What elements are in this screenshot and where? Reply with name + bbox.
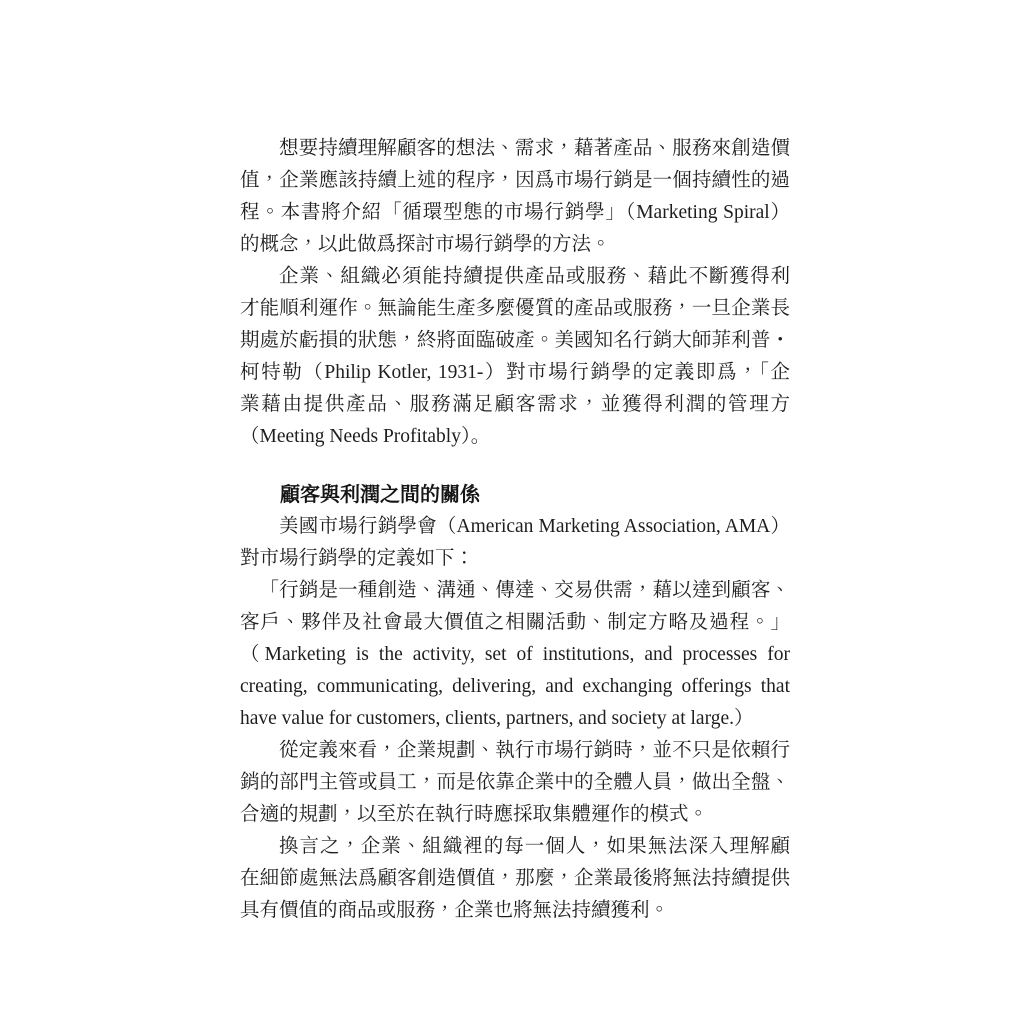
text-line: （Meeting Needs Profitably）。 (240, 421, 790, 453)
text-line: 對市場行銷學的定義如下： (240, 543, 790, 575)
paragraph: 想要持續理解顧客的想法、需求，藉著產品、服務來創造價 值，企業應該持續上述的程序… (240, 133, 790, 261)
section-heading: 顧客與利潤之間的關係 (240, 479, 790, 511)
text-line: 從定義來看，企業規劃、執行市場行銷時，並不只是依賴行 (240, 735, 790, 767)
paragraph: 從定義來看，企業規劃、執行市場行銷時，並不只是依賴行 銷的部門主管或員工，而是依… (240, 735, 790, 831)
text-line: 企業、組織必須能持續提供產品或服務、藉此不斷獲得利潤， (240, 261, 790, 293)
text-line: 柯特勒（Philip Kotler, 1931-）對市場行銷學的定義即爲，「企 (240, 357, 790, 389)
text-line: 業藉由提供產品、服務滿足顧客需求，並獲得利潤的管理方法。」 (240, 389, 790, 421)
text-line: 值，企業應該持續上述的程序，因爲市場行銷是一個持續性的過 (240, 165, 790, 197)
text-line: 銷的部門主管或員工，而是依靠企業中的全體人員，做出全盤、 (240, 767, 790, 799)
text-line: 客戶、夥伴及社會最大價值之相關活動、制定方略及過程。」 (240, 607, 790, 639)
text-line: 想要持續理解顧客的想法、需求，藉著產品、服務來創造價 (240, 133, 790, 165)
text-line: 程。本書將介紹「循環型態的市場行銷學」（Marketing Spiral） (240, 197, 790, 229)
text-line: 美國市場行銷學會（American Marketing Association,… (240, 511, 790, 543)
text-line: 的概念，以此做爲探討市場行銷學的方法。 (240, 229, 790, 261)
text-line: 換言之，企業、組織裡的每一個人，如果無法深入理解顧客、 (240, 831, 790, 863)
text-line: have value for customers, clients, partn… (240, 703, 790, 735)
text-line: 合適的規劃，以至於在執行時應採取集體運作的模式。 (240, 799, 790, 831)
paragraph: 「行銷是一種創造、溝通、傳達、交易供需，藉以達到顧客、 客戶、夥伴及社會最大價值… (240, 575, 790, 735)
paragraph: 企業、組織必須能持續提供產品或服務、藉此不斷獲得利潤， 才能順利運作。無論能生產… (240, 261, 790, 453)
paragraph: 美國市場行銷學會（American Marketing Association,… (240, 511, 790, 575)
text-line: 才能順利運作。無論能生產多麼優質的產品或服務，一旦企業長 (240, 293, 790, 325)
text-line: creating, communicating, delivering, and… (240, 671, 790, 703)
text-line: （Marketing is the activity, set of insti… (240, 639, 790, 671)
paragraph: 換言之，企業、組織裡的每一個人，如果無法深入理解顧客、 在細節處無法爲顧客創造價… (240, 831, 790, 927)
book-page: 想要持續理解顧客的想法、需求，藉著產品、服務來創造價 值，企業應該持續上述的程序… (240, 133, 790, 927)
text-line: 「行銷是一種創造、溝通、傳達、交易供需，藉以達到顧客、 (240, 575, 790, 607)
text-line: 期處於虧損的狀態，終將面臨破產。美國知名行銷大師菲利普・ (240, 325, 790, 357)
text-line: 具有價值的商品或服務，企業也將無法持續獲利。 (240, 895, 790, 927)
text-line: 在細節處無法爲顧客創造價值，那麼，企業最後將無法持續提供 (240, 863, 790, 895)
